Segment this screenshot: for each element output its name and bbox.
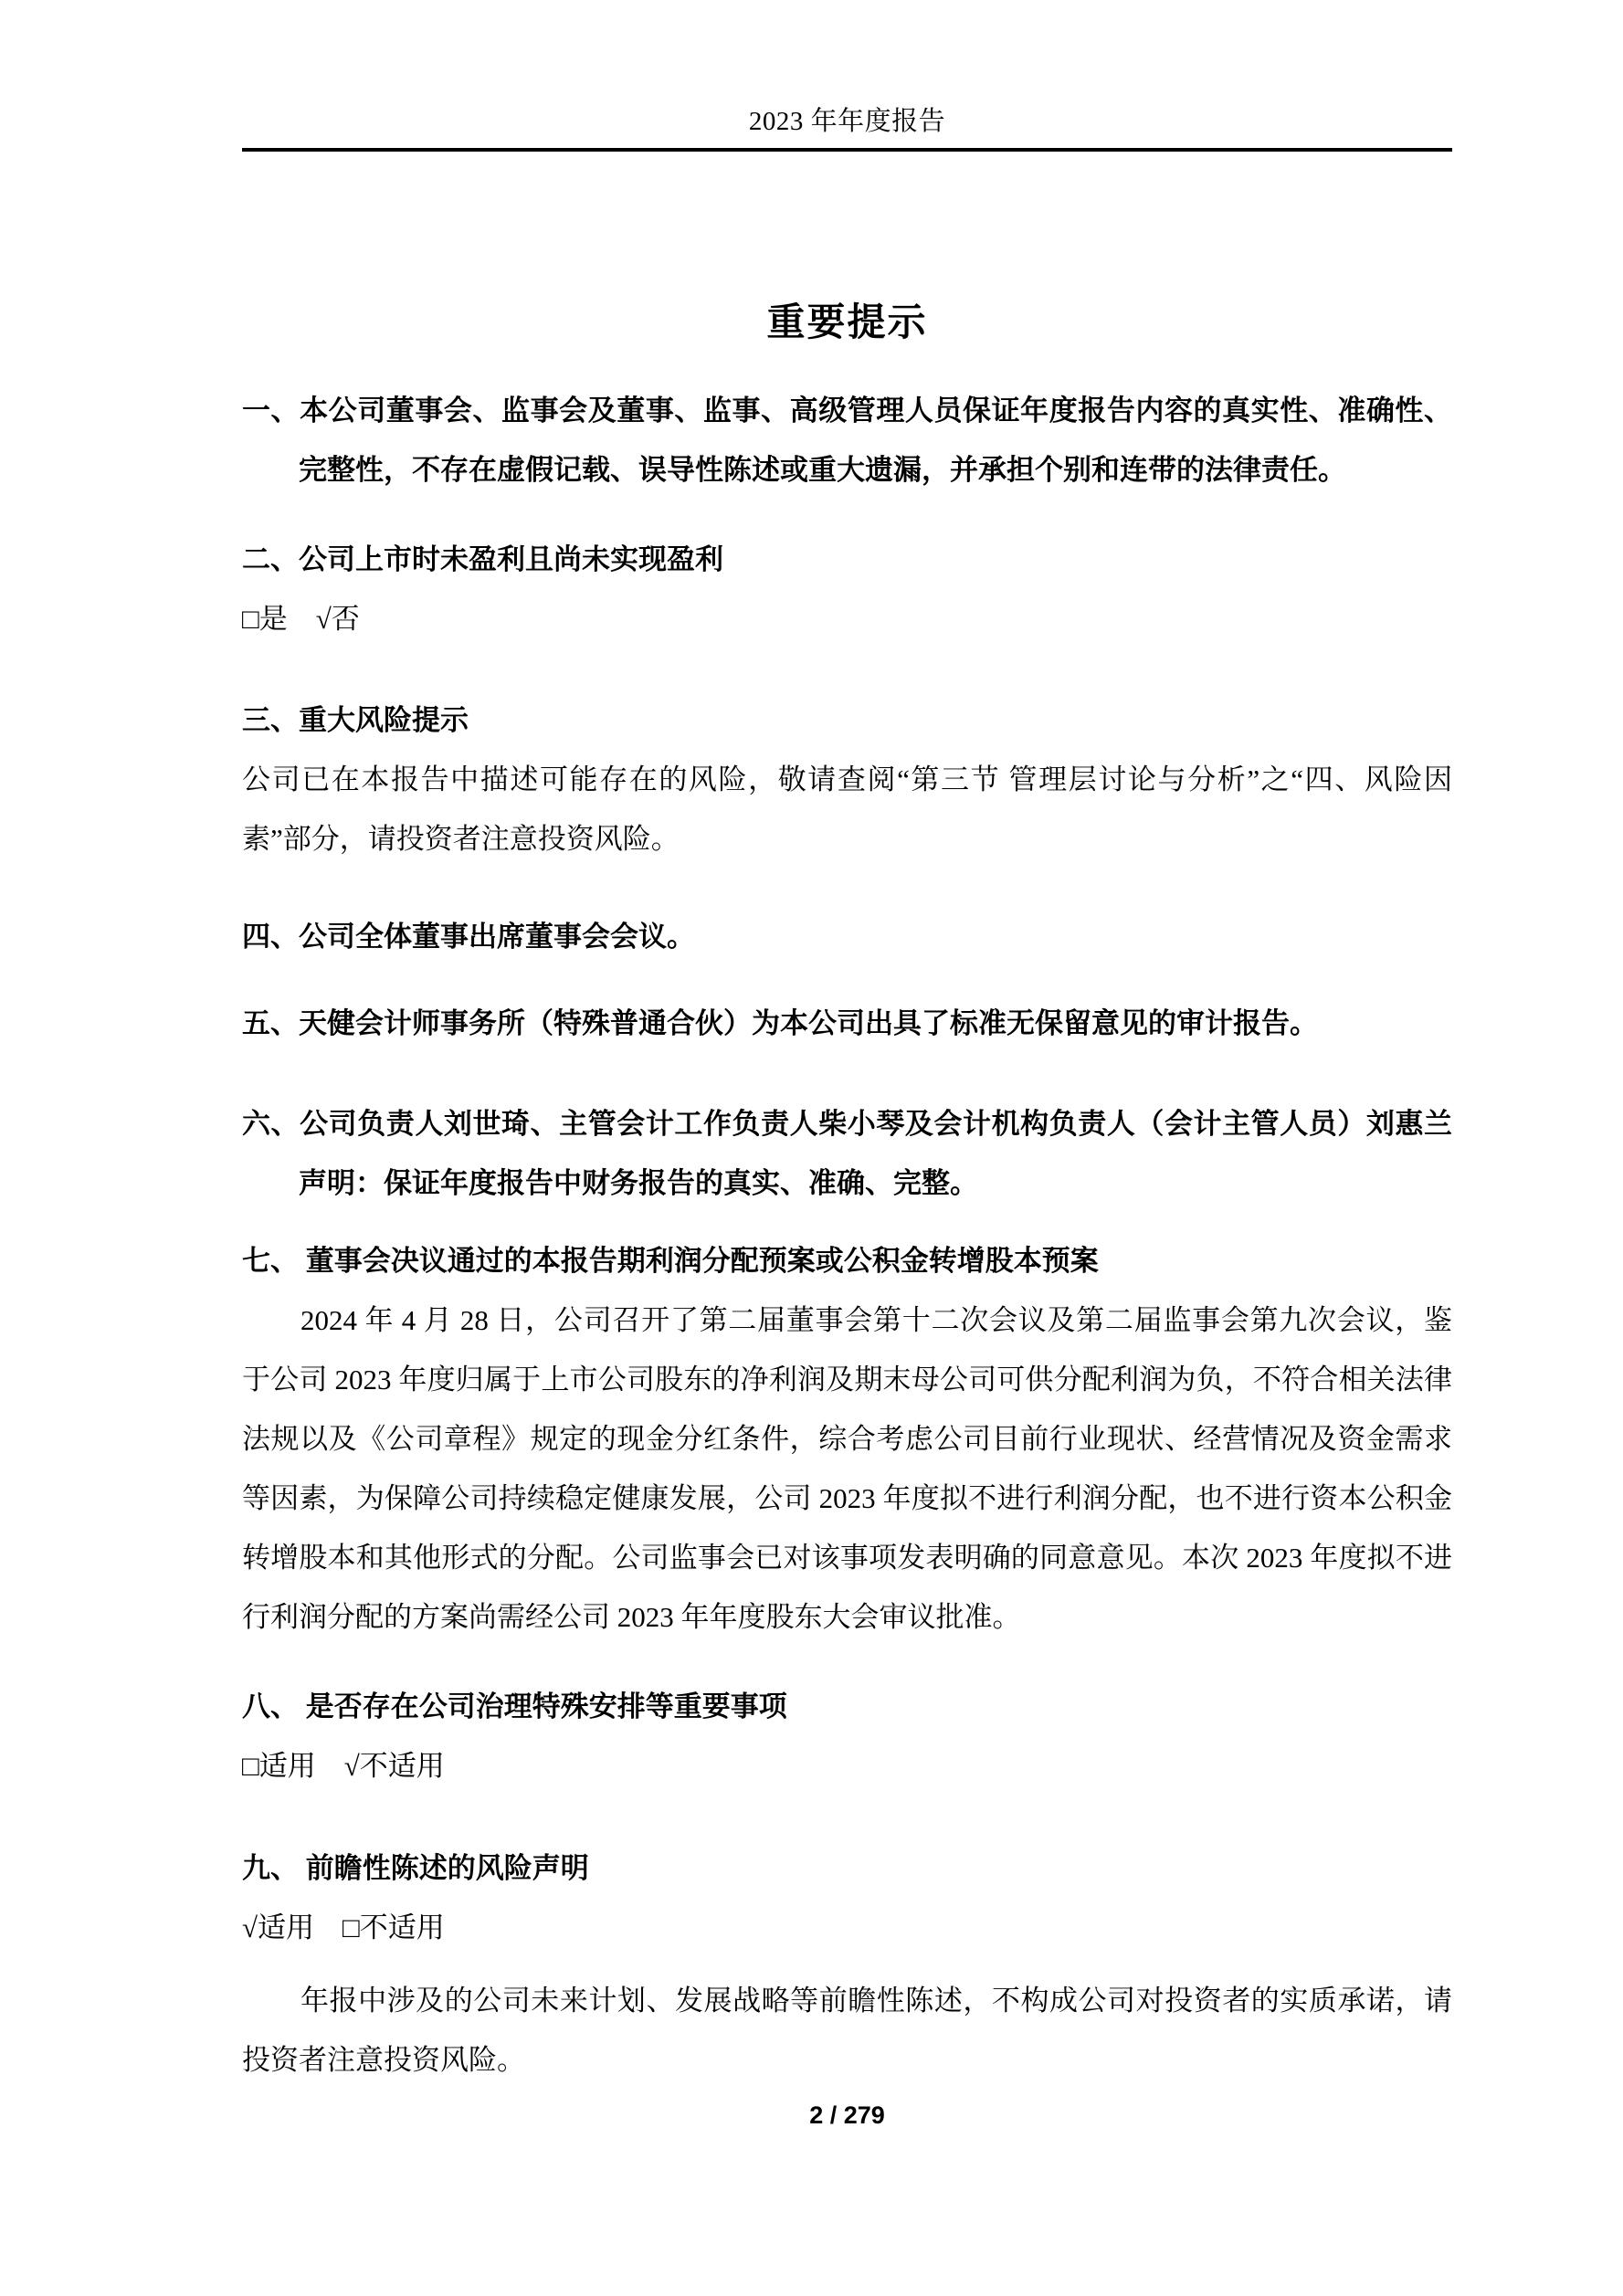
section-heading: 八、 是否存在公司治理特殊安排等重要事项 [242, 1677, 1452, 1736]
section-2: 二、公司上市时未盈利且尚未实现盈利 □是 √否 [242, 530, 1452, 648]
section-heading: 三、重大风险提示 [242, 690, 1452, 750]
page-content: 2023 年年度报告 重要提示 一、本公司董事会、监事会及董事、监事、高级管理人… [242, 0, 1452, 2090]
paragraph: 年报中涉及的公司未来计划、发展战略等前瞻性陈述，不构成公司对投资者的实质承诺，请… [242, 1971, 1452, 2090]
section-7: 七、 董事会决议通过的本报告期利润分配预案或公积金转增股本预案 2024 年 4… [242, 1231, 1452, 1647]
report-header-title: 2023 年年度报告 [242, 106, 1452, 137]
page-title: 重要提示 [242, 294, 1452, 351]
section-heading: 一、本公司董事会、监事会及董事、监事、高级管理人员保证年度报告内容的真实性、准确… [242, 381, 1452, 500]
section-heading: 六、公司负责人刘世琦、主管会计工作负责人柴小琴及会计机构负责人（会计主管人员）刘… [242, 1094, 1452, 1213]
section-6: 六、公司负责人刘世琦、主管会计工作负责人柴小琴及会计机构负责人（会计主管人员）刘… [242, 1094, 1452, 1213]
section-1: 一、本公司董事会、监事会及董事、监事、高级管理人员保证年度报告内容的真实性、准确… [242, 381, 1452, 500]
paragraph: 公司已在本报告中描述可能存在的风险，敬请查阅“第三节 管理层讨论与分析”之“四、… [242, 750, 1452, 869]
section-5: 五、天健会计师事务所（特殊普通合伙）为本公司出具了标准无保留意见的审计报告。 [242, 994, 1452, 1053]
section-heading: 五、天健会计师事务所（特殊普通合伙）为本公司出具了标准无保留意见的审计报告。 [242, 994, 1452, 1053]
section-4: 四、公司全体董事出席董事会会议。 [242, 907, 1452, 966]
section-8: 八、 是否存在公司治理特殊安排等重要事项 □适用 √不适用 [242, 1677, 1452, 1796]
page-header: 2023 年年度报告 [242, 0, 1452, 152]
checkbox-option: □是 √否 [242, 589, 1452, 648]
section-9: 九、 前瞻性陈述的风险声明 √适用 □不适用 年报中涉及的公司未来计划、发展战略… [242, 1838, 1452, 2090]
header-rule [242, 148, 1452, 152]
section-heading: 九、 前瞻性陈述的风险声明 [242, 1838, 1452, 1898]
checkbox-option: □适用 √不适用 [242, 1736, 1452, 1796]
document-page: { "header": { "title": "2023 年年度报告" }, "… [0, 0, 1623, 2296]
section-heading: 二、公司上市时未盈利且尚未实现盈利 [242, 530, 1452, 589]
section-heading: 七、 董事会决议通过的本报告期利润分配预案或公积金转增股本预案 [242, 1231, 1452, 1290]
page-number: 2 / 279 [242, 2097, 1452, 2133]
checkbox-option: √适用 □不适用 [242, 1898, 1452, 1957]
section-3: 三、重大风险提示 公司已在本报告中描述可能存在的风险，敬请查阅“第三节 管理层讨… [242, 690, 1452, 869]
section-heading: 四、公司全体董事出席董事会会议。 [242, 907, 1452, 966]
paragraph: 2024 年 4 月 28 日，公司召开了第二届董事会第十二次会议及第二届监事会… [242, 1290, 1452, 1647]
